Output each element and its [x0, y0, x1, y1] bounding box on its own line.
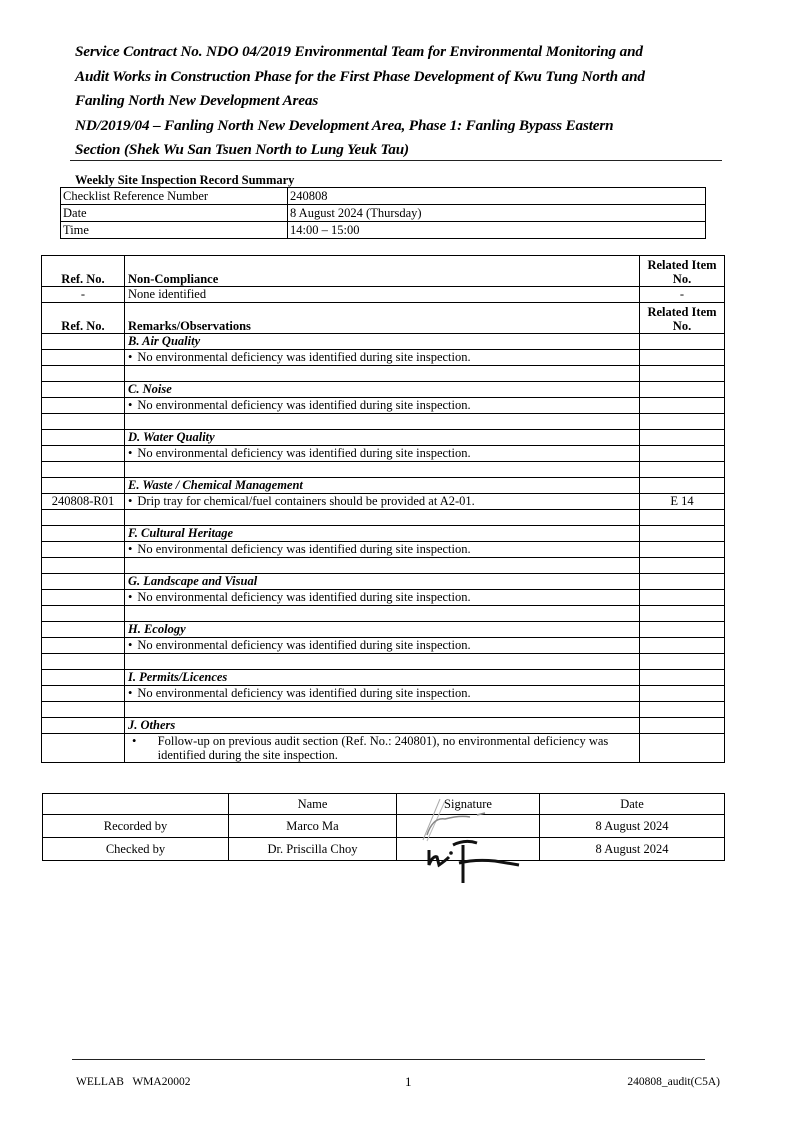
- ref-cell: [42, 574, 125, 590]
- summary-label: Time: [61, 222, 288, 239]
- column-header-related: Related Item No.: [640, 303, 725, 334]
- remark-related: [640, 542, 725, 558]
- remarks-header-row: Ref. No. Remarks/Observations Related It…: [42, 303, 725, 334]
- inspection-table: Ref. No. Non-Compliance Related Item No.…: [41, 255, 725, 763]
- noncompliance-desc: None identified: [125, 287, 640, 303]
- remark-text-value: No environmental deficiency was identifi…: [128, 638, 471, 652]
- remark-ref: [42, 590, 125, 606]
- summary-row: Checklist Reference Number240808: [61, 188, 706, 205]
- remark-text-value: No environmental deficiency was identifi…: [128, 686, 471, 700]
- column-header-related: Related Item No.: [640, 256, 725, 287]
- summary-row: Date8 August 2024 (Thursday): [61, 205, 706, 222]
- related-cell: [640, 718, 725, 734]
- blank-cell: [42, 558, 125, 574]
- header-line: Service Contract No. NDO 04/2019 Environ…: [75, 40, 715, 65]
- remark-ref: [42, 686, 125, 702]
- noncompliance-row: - None identified -: [42, 287, 725, 303]
- remark-text: No environmental deficiency was identifi…: [125, 446, 640, 462]
- column-header-noncompliance: Non-Compliance: [125, 256, 640, 287]
- ref-cell: [42, 718, 125, 734]
- remark-text-value: No environmental deficiency was identifi…: [128, 590, 471, 604]
- signoff-date: 8 August 2024: [540, 838, 725, 861]
- header-line: Audit Works in Construction Phase for th…: [75, 65, 715, 90]
- blank-cell: [125, 462, 640, 478]
- blank-row: [42, 702, 725, 718]
- blank-cell: [42, 606, 125, 622]
- ref-cell: [42, 526, 125, 542]
- remark-text-value: Drip tray for chemical/fuel containers s…: [128, 494, 475, 508]
- document-header: Service Contract No. NDO 04/2019 Environ…: [75, 40, 715, 163]
- section-title: F. Cultural Heritage: [125, 526, 640, 542]
- section-title: I. Permits/Licences: [125, 670, 640, 686]
- blank-cell: [640, 558, 725, 574]
- related-cell: [640, 382, 725, 398]
- section-title: B. Air Quality: [125, 334, 640, 350]
- signoff-row: Checked by Dr. Priscilla Choy 8 August 2…: [43, 838, 725, 861]
- blank-cell: [640, 414, 725, 430]
- blank-cell: [42, 654, 125, 670]
- remark-text-value: No environmental deficiency was identifi…: [128, 350, 471, 364]
- signoff-header-date: Date: [540, 794, 725, 815]
- signoff-name: Dr. Priscilla Choy: [229, 838, 397, 861]
- section-title-text: B. Air Quality: [128, 334, 200, 348]
- remark-row: No environmental deficiency was identifi…: [42, 542, 725, 558]
- header-line: Section (Shek Wu San Tsuen North to Lung…: [75, 138, 715, 163]
- section-title-text: D. Water Quality: [128, 430, 215, 444]
- section-title-text: H. Ecology: [128, 622, 186, 636]
- blank-row: [42, 654, 725, 670]
- remark-ref: [42, 398, 125, 414]
- remark-ref: [42, 734, 125, 763]
- remark-ref: [42, 350, 125, 366]
- signoff-header-name: Name: [229, 794, 397, 815]
- blank-cell: [42, 462, 125, 478]
- blank-row: [42, 510, 725, 526]
- section-title-text: J. Others: [128, 718, 175, 732]
- remark-ref: 240808-R01: [42, 494, 125, 510]
- summary-value: 8 August 2024 (Thursday): [288, 205, 706, 222]
- remark-text: No environmental deficiency was identifi…: [125, 398, 640, 414]
- blank-cell: [640, 606, 725, 622]
- summary-label: Checklist Reference Number: [61, 188, 288, 205]
- column-header-ref: Ref. No.: [42, 256, 125, 287]
- section-heading-row: G. Landscape and Visual: [42, 574, 725, 590]
- blank-cell: [640, 654, 725, 670]
- remark-related: [640, 398, 725, 414]
- remark-row: No environmental deficiency was identifi…: [42, 638, 725, 654]
- blank-cell: [125, 558, 640, 574]
- others-text: Follow-up on previous audit section (Ref…: [158, 734, 636, 762]
- blank-cell: [125, 606, 640, 622]
- remark-related: [640, 734, 725, 763]
- remark-text-value: No environmental deficiency was identifi…: [128, 446, 471, 460]
- summary-title: Weekly Site Inspection Record Summary: [75, 173, 294, 188]
- section-title-text: G. Landscape and Visual: [128, 574, 257, 588]
- remark-text: No environmental deficiency was identifi…: [125, 638, 640, 654]
- remark-row: No environmental deficiency was identifi…: [42, 350, 725, 366]
- signoff-role: Checked by: [43, 838, 229, 861]
- blank-row: [42, 414, 725, 430]
- remark-text: No environmental deficiency was identifi…: [125, 542, 640, 558]
- blank-cell: [640, 462, 725, 478]
- blank-cell: [125, 654, 640, 670]
- remark-row: No environmental deficiency was identifi…: [42, 686, 725, 702]
- section-heading-row: E. Waste / Chemical Management: [42, 478, 725, 494]
- blank-cell: [125, 366, 640, 382]
- blank-row: [42, 606, 725, 622]
- summary-row: Time14:00 – 15:00: [61, 222, 706, 239]
- remark-text: No environmental deficiency was identifi…: [125, 350, 640, 366]
- remark-ref: [42, 446, 125, 462]
- blank-cell: [640, 510, 725, 526]
- noncompliance-header-row: Ref. No. Non-Compliance Related Item No.: [42, 256, 725, 287]
- ref-cell: [42, 622, 125, 638]
- ref-cell: [42, 430, 125, 446]
- remark-ref: [42, 542, 125, 558]
- remark-related: [640, 350, 725, 366]
- signoff-name: Marco Ma: [229, 815, 397, 838]
- section-title-text: F. Cultural Heritage: [128, 526, 233, 540]
- blank-cell: [42, 414, 125, 430]
- signature-image: [415, 795, 525, 885]
- ref-cell: [42, 382, 125, 398]
- blank-cell: [42, 702, 125, 718]
- noncompliance-ref: -: [42, 287, 125, 303]
- remark-row: No environmental deficiency was identifi…: [42, 446, 725, 462]
- section-heading-row: D. Water Quality: [42, 430, 725, 446]
- header-line: Fanling North New Development Areas: [75, 89, 715, 114]
- blank-row: [42, 366, 725, 382]
- signoff-date: 8 August 2024: [540, 815, 725, 838]
- section-title: D. Water Quality: [125, 430, 640, 446]
- ref-cell: [42, 670, 125, 686]
- footer-divider: [72, 1059, 705, 1060]
- signoff-header-blank: [43, 794, 229, 815]
- section-title-text: E. Waste / Chemical Management: [128, 478, 303, 492]
- blank-cell: [640, 702, 725, 718]
- summary-value: 14:00 – 15:00: [288, 222, 706, 239]
- ref-cell: [42, 334, 125, 350]
- footer-left: WELLAB WMA20002: [76, 1076, 190, 1088]
- remark-text-value: No environmental deficiency was identifi…: [128, 542, 471, 556]
- blank-cell: [42, 366, 125, 382]
- related-cell: [640, 334, 725, 350]
- remark-related: [640, 590, 725, 606]
- remark-row: No environmental deficiency was identifi…: [42, 590, 725, 606]
- page-number: 1: [405, 1074, 412, 1090]
- section-heading-row: I. Permits/Licences: [42, 670, 725, 686]
- noncompliance-related: -: [640, 287, 725, 303]
- blank-row: [42, 558, 725, 574]
- footer-right: 240808_audit(C5A): [627, 1076, 720, 1088]
- remark-related: [640, 446, 725, 462]
- section-heading-row: H. Ecology: [42, 622, 725, 638]
- section-heading-row: J. Others: [42, 718, 725, 734]
- section-title: J. Others: [125, 718, 640, 734]
- summary-value: 240808: [288, 188, 706, 205]
- blank-cell: [125, 414, 640, 430]
- remark-text: Drip tray for chemical/fuel containers s…: [125, 494, 640, 510]
- column-header-remarks: Remarks/Observations: [125, 303, 640, 334]
- section-title: E. Waste / Chemical Management: [125, 478, 640, 494]
- remark-text: •Follow-up on previous audit section (Re…: [125, 734, 640, 763]
- remark-row: •Follow-up on previous audit section (Re…: [42, 734, 725, 763]
- summary-label: Date: [61, 205, 288, 222]
- blank-row: [42, 462, 725, 478]
- section-heading-row: C. Noise: [42, 382, 725, 398]
- column-header-ref: Ref. No.: [42, 303, 125, 334]
- section-title: H. Ecology: [125, 622, 640, 638]
- remark-related: E 14: [640, 494, 725, 510]
- related-cell: [640, 670, 725, 686]
- related-cell: [640, 478, 725, 494]
- remark-text: No environmental deficiency was identifi…: [125, 590, 640, 606]
- remark-row: 240808-R01Drip tray for chemical/fuel co…: [42, 494, 725, 510]
- remark-ref: [42, 638, 125, 654]
- signoff-role: Recorded by: [43, 815, 229, 838]
- remark-row: No environmental deficiency was identifi…: [42, 398, 725, 414]
- remark-text: No environmental deficiency was identifi…: [125, 686, 640, 702]
- related-cell: [640, 574, 725, 590]
- summary-table: Checklist Reference Number240808 Date8 A…: [60, 187, 706, 239]
- remark-text-value: No environmental deficiency was identifi…: [128, 398, 471, 412]
- bullet-icon: •: [128, 734, 158, 762]
- related-cell: [640, 526, 725, 542]
- blank-cell: [640, 366, 725, 382]
- blank-cell: [125, 510, 640, 526]
- header-divider: [70, 160, 722, 161]
- related-cell: [640, 430, 725, 446]
- section-heading-row: B. Air Quality: [42, 334, 725, 350]
- blank-cell: [42, 510, 125, 526]
- remark-related: [640, 686, 725, 702]
- ref-cell: [42, 478, 125, 494]
- section-title-text: I. Permits/Licences: [128, 670, 227, 684]
- section-heading-row: F. Cultural Heritage: [42, 526, 725, 542]
- signoff-header-row: Name Signature Date: [43, 794, 725, 815]
- remark-related: [640, 638, 725, 654]
- header-line: ND/2019/04 – Fanling North New Developme…: [75, 114, 715, 139]
- related-cell: [640, 622, 725, 638]
- signoff-row: Recorded by Marco Ma 8 August 2024: [43, 815, 725, 838]
- section-title: C. Noise: [125, 382, 640, 398]
- section-title: G. Landscape and Visual: [125, 574, 640, 590]
- blank-cell: [125, 702, 640, 718]
- signoff-table: Name Signature Date Recorded by Marco Ma…: [42, 793, 725, 861]
- section-title-text: C. Noise: [128, 382, 172, 396]
